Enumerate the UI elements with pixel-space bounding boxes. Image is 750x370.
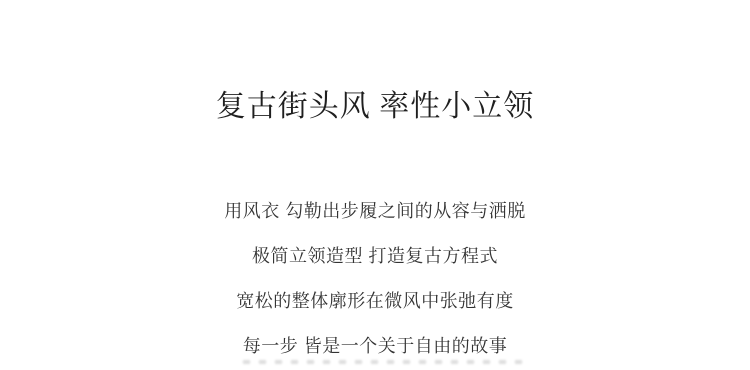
banner-copy: 用风衣 勾勒出步履之间的从容与洒脱 极简立领造型 打造复古方程式 宽松的整体廓形… [0, 189, 750, 369]
copy-line-2: 极简立领造型 打造复古方程式 [0, 234, 750, 279]
banner-title: 复古街头风 率性小立领 [0, 0, 750, 126]
copy-line-4: 每一步 皆是一个关于自由的故事 [0, 324, 750, 369]
copy-line-1: 用风衣 勾勒出步履之间的从容与洒脱 [0, 189, 750, 234]
copy-line-3: 宽松的整体廓形在微风中张弛有度 [0, 279, 750, 324]
product-description-banner: 复古街头风 率性小立领 用风衣 勾勒出步履之间的从容与洒脱 极简立领造型 打造复… [0, 0, 750, 370]
